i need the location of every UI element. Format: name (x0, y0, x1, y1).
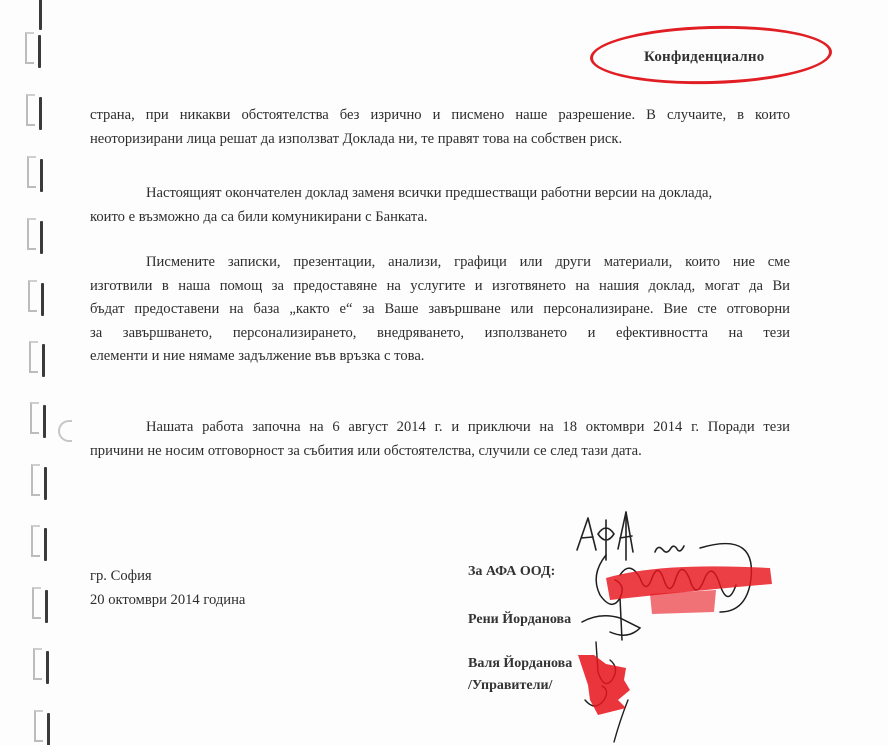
signature-1 (582, 544, 751, 640)
text-line: изготвили в наша помощ за предоставяне н… (90, 275, 790, 299)
binding-hole (23, 0, 37, 28)
text-line: бъдат предоставени на база „както е“ за … (90, 298, 790, 322)
document-page: Конфиденциално страна, при никакви обсто… (0, 0, 888, 745)
redaction-1 (606, 566, 772, 614)
binding-hole (25, 32, 39, 66)
handwritten-note (577, 512, 684, 560)
redaction-2 (578, 655, 630, 715)
text-line: за завършването, персонализирането, внед… (90, 322, 790, 346)
paragraph-final-report: Настоящият окончателен доклад заменя вси… (90, 182, 790, 229)
signature-2 (585, 642, 628, 742)
text-line: неоторизирани лица решат да използват До… (90, 128, 790, 152)
binding-hole (28, 280, 42, 314)
binding-holes (0, 0, 70, 745)
binding-hole (31, 525, 45, 559)
binding-hole (31, 464, 45, 498)
text-line: Писмените записки, презентации, анализи,… (90, 251, 790, 275)
signer-2-name: Валя Йорданова (468, 656, 572, 672)
paragraph-usage-restriction: страна, при никакви обстоятелства без из… (90, 104, 790, 151)
text-line: елементи и ние нямаме задължение във връ… (90, 345, 790, 369)
text-line: Нашата работа започна на 6 август 2014 г… (90, 416, 790, 440)
paragraph-work-period: Нашата работа започна на 6 август 2014 г… (90, 416, 790, 463)
signer-1-name: Рени Йорданова (468, 612, 571, 628)
binding-hole (27, 156, 41, 190)
binding-hole (29, 341, 43, 375)
text-line: причини не носим отговорност за събития … (90, 440, 790, 464)
text-line: които е възможно да са били комуникирани… (90, 206, 790, 230)
text-line: Настоящият окончателен доклад заменя вси… (90, 182, 790, 206)
binding-hole (27, 218, 41, 252)
text-line: страна, при никакви обстоятелства без из… (90, 104, 790, 128)
date: 20 октомври 2014 година (90, 588, 245, 612)
binding-hole (30, 402, 44, 436)
place: гр. София (90, 564, 245, 588)
highlight-ellipse (589, 23, 832, 87)
company-label: За АФА ООД: (468, 564, 555, 580)
binding-hole (26, 94, 40, 128)
place-and-date: гр. София 20 октомври 2014 година (90, 564, 245, 612)
signer-role: /Управители/ (468, 678, 552, 694)
scan-artifact (58, 420, 72, 442)
binding-hole (33, 648, 47, 682)
binding-hole (32, 587, 46, 621)
paragraph-materials: Писмените записки, презентации, анализи,… (90, 251, 790, 369)
binding-hole (34, 710, 48, 744)
